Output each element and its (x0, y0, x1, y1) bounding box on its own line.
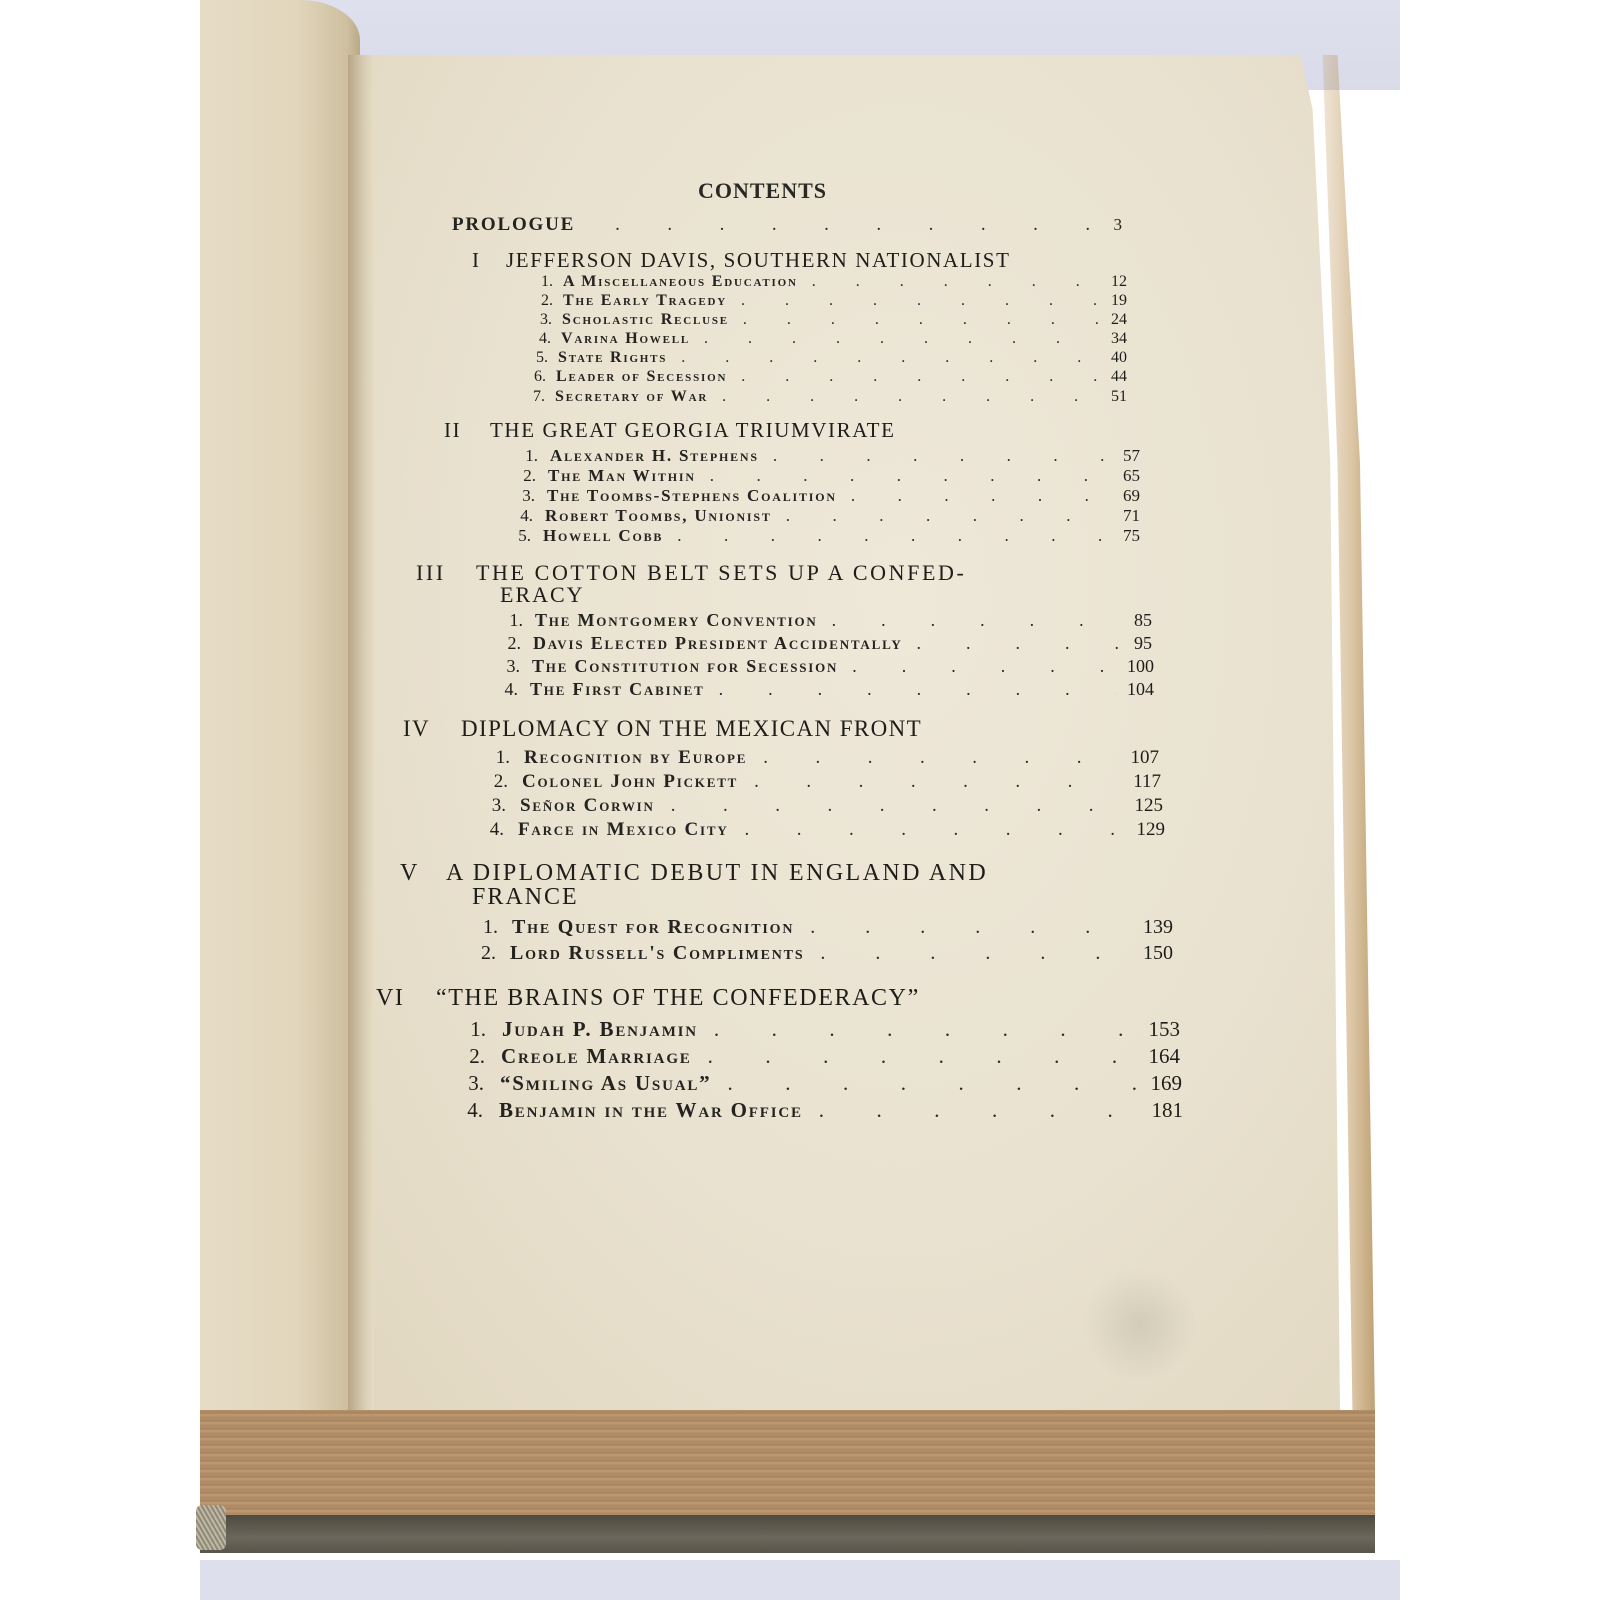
dot-leader (763, 747, 1119, 769)
dot-leader (819, 1098, 1139, 1123)
toc-entry: 3.Scholastic Recluse24 (526, 311, 1127, 329)
chapter-heading-5-continued: FRANCE (472, 884, 579, 911)
toc-entry: 7.Secretary of War51 (519, 388, 1127, 406)
page-number: 57 (1112, 446, 1140, 466)
page-number: 95 (1124, 633, 1152, 654)
page-number: 44 (1101, 368, 1127, 386)
toc-entry: 2.Colonel John Pickett117 (482, 771, 1161, 793)
dot-leader (820, 942, 1131, 965)
page-number: 129 (1125, 819, 1165, 841)
entry-title: The First Cabinet (530, 679, 705, 700)
chapter-heading-1: I JEFFERSON DAVIS, SOUTHERN NATIONALIST (472, 248, 1011, 273)
dot-leader (704, 330, 1101, 348)
toc-entry: 4.Varina Howell34 (525, 330, 1127, 348)
entry-title: The Quest for Recognition (512, 916, 794, 939)
toc-entry: 2.Lord Russell's Compliments150 (468, 942, 1173, 965)
entry-title: Varina Howell (561, 330, 690, 348)
toc-entry: 4.Benjamin in the War Office181 (455, 1098, 1183, 1123)
toc-entry: 2.The Man Within65 (510, 466, 1140, 486)
page-number: 164 (1136, 1044, 1180, 1069)
page-number: 150 (1131, 942, 1173, 965)
page-number: 51 (1101, 388, 1127, 406)
toc-entry: 3.The Constitution for Secession100 (494, 656, 1154, 677)
entry-title: The Toombs-Stephens Coalition (547, 486, 837, 506)
dot-leader (671, 795, 1123, 817)
chapter-heading-3: III THE COTTON BELT SETS UP A CONFED- (416, 560, 966, 586)
page-number: 85 (1124, 610, 1152, 631)
page-number: 65 (1112, 466, 1140, 486)
dot-leader (852, 656, 1116, 677)
chapter-title: A DIPLOMATIC DEBUT IN ENGLAND AND (446, 860, 988, 887)
chapter-numeral: III (416, 560, 476, 586)
backdrop-bottom (200, 1560, 1400, 1600)
dot-leader (714, 1017, 1136, 1042)
chapter-title: JEFFERSON DAVIS, SOUTHERN NATIONALIST (506, 248, 1011, 273)
page-number: 107 (1119, 747, 1159, 769)
entry-title: Scholastic Recluse (562, 311, 729, 329)
entry-title: “Smiling As Usual” (500, 1071, 711, 1096)
entry-title: Lord Russell's Compliments (510, 942, 804, 965)
entry-title: Farce in Mexico City (518, 819, 729, 841)
page-number: 34 (1101, 330, 1127, 348)
toc-entry: 5.Howell Cobb75 (505, 526, 1140, 546)
page-number: 19 (1101, 292, 1127, 310)
page-block-edges (200, 1410, 1375, 1515)
entry-title: The Early Tragedy (563, 292, 727, 310)
toc-entry: 2.Davis Elected President Accidentally95 (495, 633, 1152, 654)
entry-title: Robert Toombs, Unionist (545, 506, 772, 526)
book-cover-cloth (200, 1515, 1375, 1553)
page-number: 117 (1121, 771, 1161, 793)
dot-leader (754, 771, 1121, 793)
chapter-heading-3-continued: ERACY (500, 582, 585, 608)
dot-leader (773, 446, 1112, 466)
entry-title: Judah P. Benjamin (502, 1017, 698, 1042)
toc-entry: 4.Robert Toombs, Unionist71 (507, 506, 1140, 526)
page-number: 139 (1131, 916, 1173, 939)
dot-leader (681, 349, 1101, 367)
page-number: 100 (1116, 656, 1154, 677)
entry-title: Creole Marriage (501, 1044, 692, 1069)
entry-title: Davis Elected President Accidentally (533, 633, 903, 654)
entry-title: PROLOGUE (452, 214, 575, 236)
toc-entry: 2.Creole Marriage164 (457, 1044, 1180, 1069)
toc-entry: 1.Judah P. Benjamin153 (458, 1017, 1180, 1042)
page-number: 75 (1112, 526, 1140, 546)
page-number: 12 (1101, 273, 1127, 291)
entry-title: State Rights (558, 349, 667, 367)
table-of-contents: CONTENTS PROLOGUE 3 I JEFFERSON DAVIS, S… (0, 0, 1600, 1400)
toc-entry: 1.Recognition by Europe107 (484, 747, 1159, 769)
entry-title: Secretary of War (555, 388, 708, 406)
entry-title: Señor Corwin (520, 795, 655, 817)
toc-entry-prologue: PROLOGUE 3 (452, 214, 1122, 236)
page-number: 24 (1101, 311, 1127, 329)
entry-title: Leader of Secession (556, 368, 727, 386)
chapter-heading-2: II THE GREAT GEORGIA TRIUMVIRATE (444, 418, 896, 443)
chapter-title: THE GREAT GEORGIA TRIUMVIRATE (490, 418, 896, 443)
dot-leader (708, 1044, 1136, 1069)
entry-title: Recognition by Europe (524, 747, 747, 769)
entry-title: Alexander H. Stephens (550, 446, 759, 466)
dot-leader (786, 506, 1112, 526)
chapter-title-continued: ERACY (500, 582, 585, 608)
entry-title: Colonel John Pickett (522, 771, 738, 793)
chapter-numeral: II (444, 418, 490, 443)
toc-entry: 4.The First Cabinet104 (492, 679, 1154, 700)
toc-entry: 3.The Toombs-Stephens Coalition69 (509, 486, 1140, 506)
entry-title: Howell Cobb (543, 526, 663, 546)
toc-entry: 1.A Miscellaneous Education12 (527, 273, 1127, 291)
chapter-heading-6: VI “THE BRAINS OF THE CONFEDERACY” (376, 985, 920, 1012)
chapter-title: DIPLOMACY ON THE MEXICAN FRONT (461, 716, 922, 742)
dot-leader (917, 633, 1124, 654)
entry-title: The Montgomery Convention (535, 610, 818, 631)
toc-entry: 5.State Rights40 (522, 349, 1127, 367)
chapter-heading-4: IV DIPLOMACY ON THE MEXICAN FRONT (403, 716, 922, 742)
dot-leader (851, 486, 1112, 506)
toc-entry: 3.Señor Corwin125 (480, 795, 1163, 817)
chapter-title-continued: FRANCE (472, 884, 579, 911)
page-title: CONTENTS (698, 178, 827, 204)
dot-leader (810, 916, 1131, 939)
frayed-cover-corner (196, 1505, 226, 1550)
toc-entry: 2.The Early Tragedy19 (527, 292, 1127, 310)
dot-leader (719, 679, 1116, 700)
toc-entry: 3.“Smiling As Usual”169 (456, 1071, 1182, 1096)
dot-leader (743, 311, 1101, 329)
chapter-heading-5: V A DIPLOMATIC DEBUT IN ENGLAND AND (400, 860, 988, 887)
dot-leader (722, 388, 1101, 406)
page-number: 181 (1139, 1098, 1183, 1123)
dot-leader (832, 610, 1124, 631)
dot-leader (741, 368, 1101, 386)
toc-entry: 4.Farce in Mexico City129 (478, 819, 1165, 841)
toc-entry: 1.The Montgomery Convention85 (497, 610, 1152, 631)
entry-title: The Man Within (548, 466, 696, 486)
chapter-numeral: V (400, 860, 446, 887)
dot-leader (710, 466, 1112, 486)
toc-entry: 1.The Quest for Recognition139 (470, 916, 1173, 939)
dot-leader (745, 819, 1125, 841)
dot-leader (812, 273, 1101, 291)
page-number: 104 (1116, 679, 1154, 700)
chapter-numeral: VI (376, 985, 436, 1012)
toc-entry: 6.Leader of Secession44 (520, 368, 1127, 386)
entry-title: Benjamin in the War Office (499, 1098, 803, 1123)
chapter-title: “THE BRAINS OF THE CONFEDERACY” (436, 985, 920, 1012)
page-number: 40 (1101, 349, 1127, 367)
dot-leader (727, 1071, 1138, 1096)
chapter-numeral: I (472, 248, 506, 273)
page-number: 71 (1112, 506, 1140, 526)
page-number: 69 (1112, 486, 1140, 506)
page-number: 153 (1136, 1017, 1180, 1042)
dot-leader (677, 526, 1112, 546)
entry-title: The Constitution for Secession (532, 656, 838, 677)
dot-leader (615, 214, 1108, 236)
page-number: 169 (1138, 1071, 1182, 1096)
toc-entry: 1.Alexander H. Stephens57 (512, 446, 1140, 466)
entry-title: A Miscellaneous Education (563, 273, 798, 291)
page-number: 125 (1123, 795, 1163, 817)
dot-leader (741, 292, 1101, 310)
chapter-numeral: IV (403, 716, 461, 742)
page-number: 3 (1108, 215, 1122, 235)
